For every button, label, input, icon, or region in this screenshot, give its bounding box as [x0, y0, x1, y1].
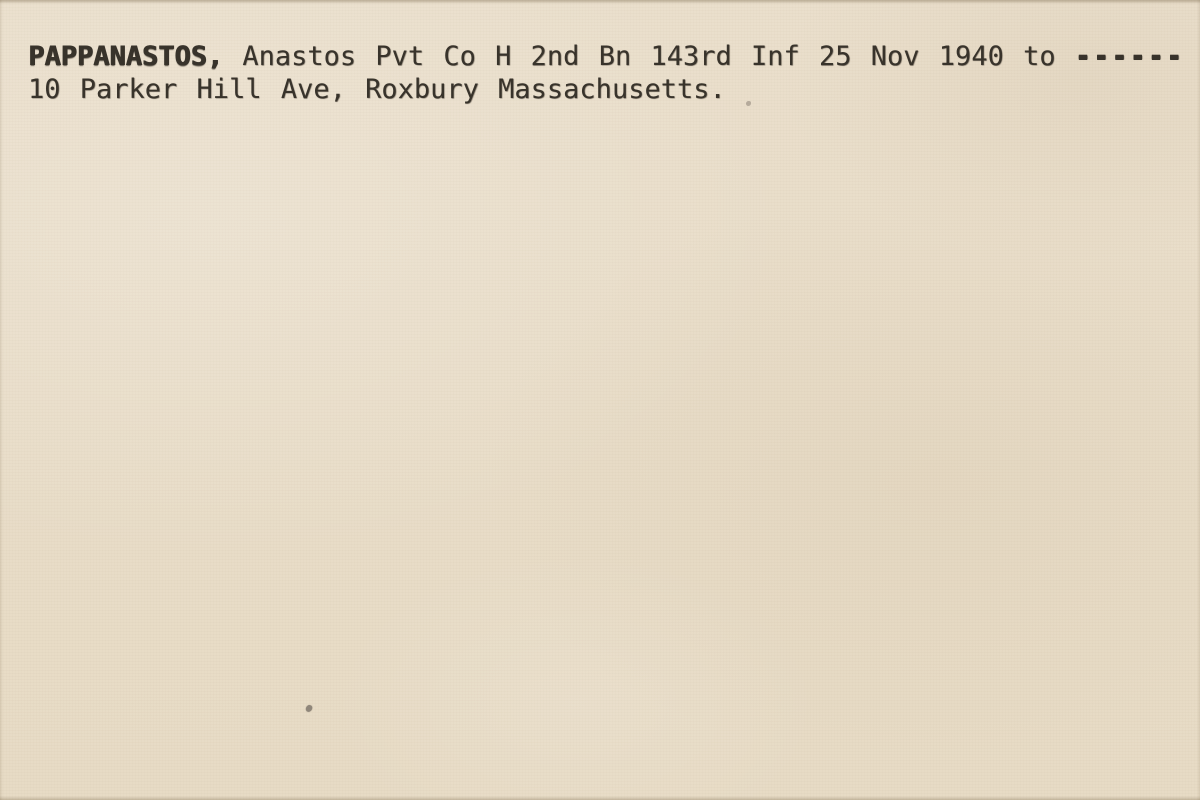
- dashes-text: ------: [1075, 41, 1185, 72]
- card-bottom-edge: [0, 796, 1200, 800]
- service-details-text: Anastos Pvt Co H 2nd Bn 143rd Inf 25 Nov…: [223, 41, 1075, 72]
- address-line: 10 Parker Hill Ave, Roxbury Massachusett…: [28, 73, 1184, 106]
- card-left-edge: [0, 0, 3, 800]
- index-card: PAPPANASTOS, Anastos Pvt Co H 2nd Bn 143…: [0, 0, 1200, 800]
- service-record-line: PAPPANASTOS, Anastos Pvt Co H 2nd Bn 143…: [28, 40, 1184, 73]
- paper-speck: [305, 704, 313, 713]
- surname-text: PAPPANASTOS,: [28, 41, 223, 72]
- card-top-edge: [0, 0, 1200, 4]
- typed-text-block: PAPPANASTOS, Anastos Pvt Co H 2nd Bn 143…: [28, 40, 1184, 106]
